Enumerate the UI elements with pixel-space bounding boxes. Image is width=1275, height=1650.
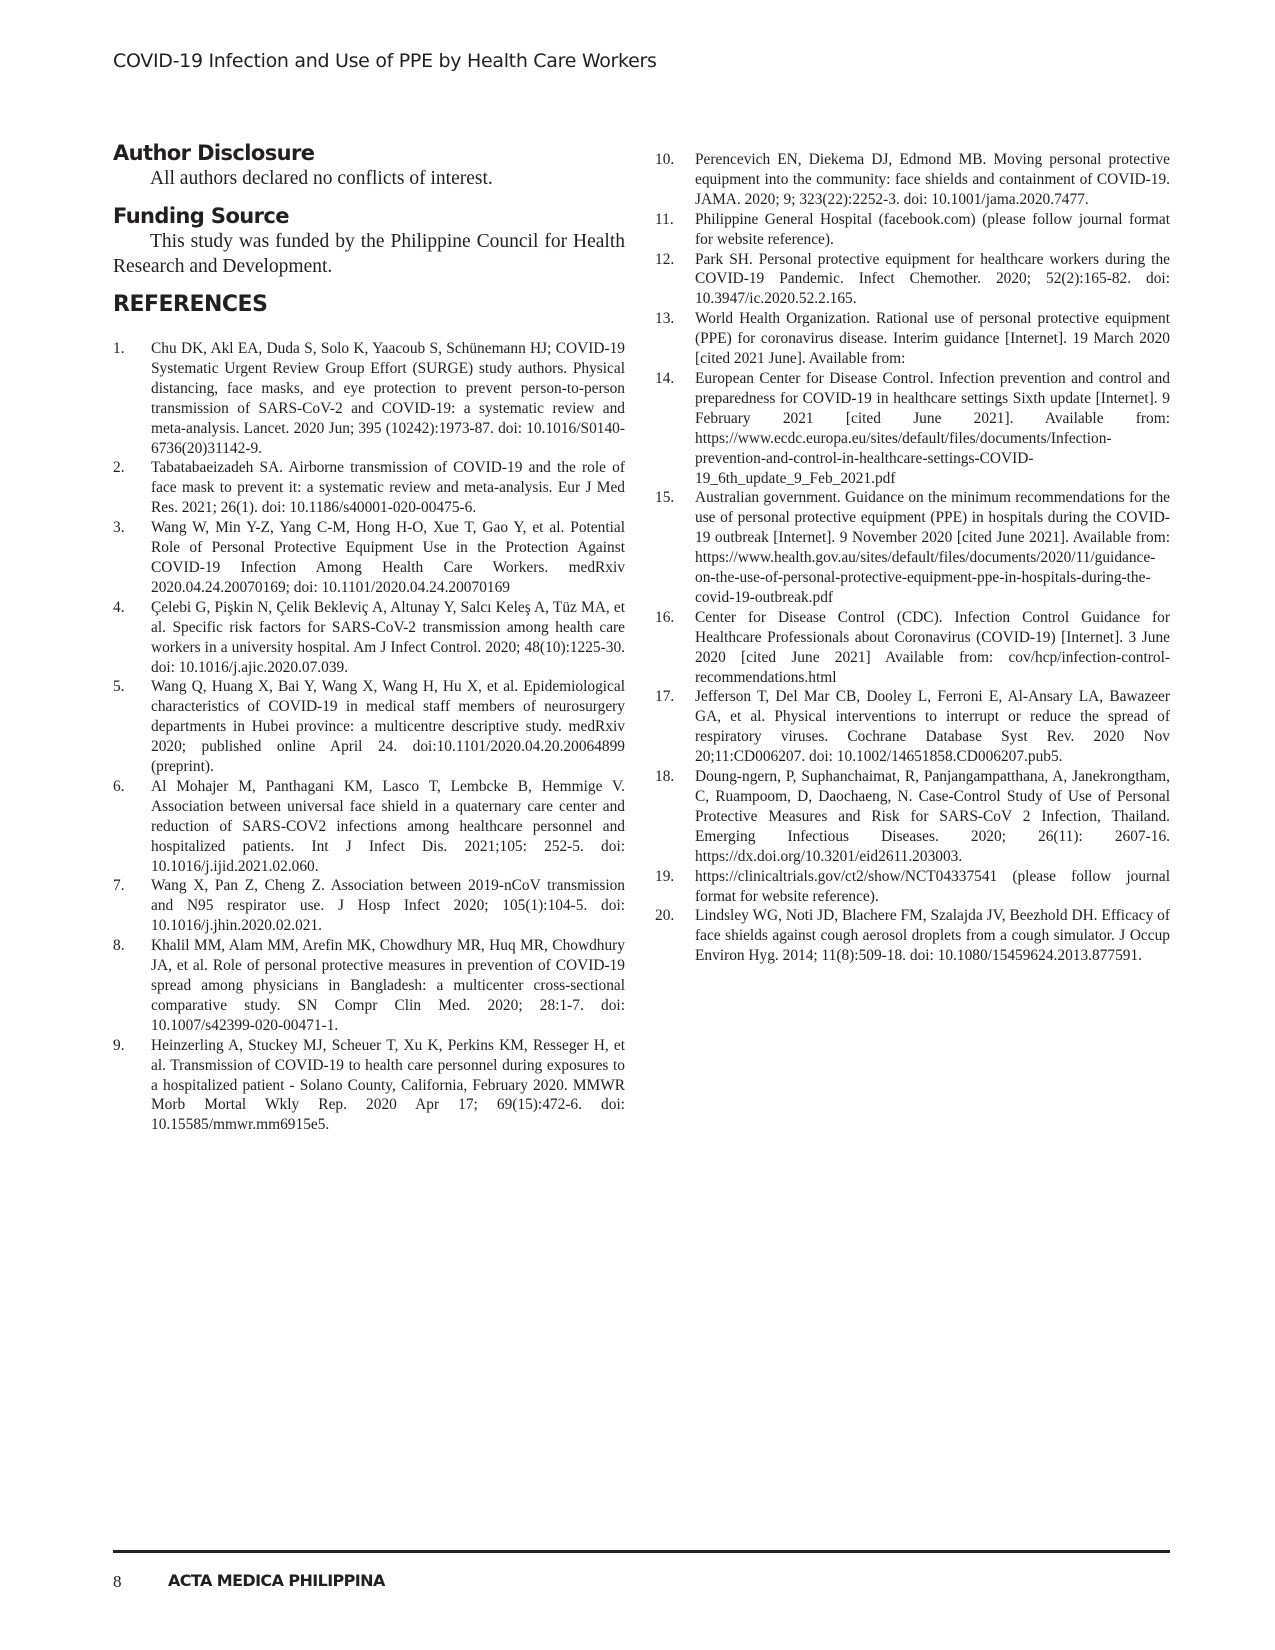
reference-number: 9. — [113, 1036, 125, 1056]
reference-text: Australian government. Guidance on the m… — [695, 489, 1170, 606]
right-column: 10.Perencevich EN, Diekema DJ, Edmond MB… — [655, 150, 1170, 966]
reference-list-left: 1.Chu DK, Akl EA, Duda S, Solo K, Yaacou… — [113, 339, 625, 1135]
reference-number: 19. — [655, 867, 674, 887]
reference-number: 20. — [655, 906, 674, 926]
reference-number: 4. — [113, 598, 125, 618]
reference-item: 1.Chu DK, Akl EA, Duda S, Solo K, Yaacou… — [113, 339, 625, 458]
running-title: COVID-19 Infection and Use of PPE by Hea… — [113, 50, 657, 72]
reference-number: 13. — [655, 309, 674, 329]
reference-number: 3. — [113, 518, 125, 538]
reference-number: 18. — [655, 767, 674, 787]
reference-item: 5.Wang Q, Huang X, Bai Y, Wang X, Wang H… — [113, 677, 625, 777]
reference-text: Chu DK, Akl EA, Duda S, Solo K, Yaacoub … — [151, 340, 625, 457]
reference-text: Heinzerling A, Stuckey MJ, Scheuer T, Xu… — [151, 1037, 625, 1134]
page-number: 8 — [113, 1572, 122, 1592]
footer-divider — [113, 1550, 1170, 1553]
reference-item: 11.Philippine General Hospital (facebook… — [655, 210, 1170, 250]
reference-number: 5. — [113, 677, 125, 697]
reference-text: https://clinicaltrials.gov/ct2/show/NCT0… — [695, 868, 1170, 905]
reference-number: 1. — [113, 339, 125, 359]
reference-text: Tabatabaeizadeh SA. Airborne transmissio… — [151, 459, 625, 516]
reference-item: 4.Çelebi G, Pişkin N, Çelik Bekleviç A, … — [113, 598, 625, 678]
reference-text: Jefferson T, Del Mar CB, Dooley L, Ferro… — [695, 688, 1170, 765]
reference-text: Wang W, Min Y-Z, Yang C-M, Hong H-O, Xue… — [151, 519, 625, 596]
reference-number: 7. — [113, 876, 125, 896]
reference-number: 8. — [113, 936, 125, 956]
reference-number: 16. — [655, 608, 674, 628]
reference-item: 17.Jefferson T, Del Mar CB, Dooley L, Fe… — [655, 687, 1170, 767]
reference-item: 13.World Health Organization. Rational u… — [655, 309, 1170, 369]
reference-number: 11. — [655, 210, 674, 230]
author-disclosure-text: All authors declared no conflicts of int… — [113, 166, 625, 191]
reference-item: 19.https://clinicaltrials.gov/ct2/show/N… — [655, 867, 1170, 907]
reference-number: 6. — [113, 777, 125, 797]
reference-item: 8.Khalil MM, Alam MM, Arefin MK, Chowdhu… — [113, 936, 625, 1036]
reference-item: 10.Perencevich EN, Diekema DJ, Edmond MB… — [655, 150, 1170, 210]
reference-number: 12. — [655, 250, 674, 270]
reference-text: Wang X, Pan Z, Cheng Z. Association betw… — [151, 877, 625, 934]
funding-source-heading: Funding Source — [113, 203, 625, 229]
reference-item: 3.Wang W, Min Y-Z, Yang C-M, Hong H-O, X… — [113, 518, 625, 598]
reference-text: Center for Disease Control (CDC). Infect… — [695, 609, 1170, 686]
reference-text: Lindsley WG, Noti JD, Blachere FM, Szala… — [695, 907, 1170, 964]
reference-item: 7.Wang X, Pan Z, Cheng Z. Association be… — [113, 876, 625, 936]
reference-item: 9.Heinzerling A, Stuckey MJ, Scheuer T, … — [113, 1036, 625, 1136]
reference-text: Doung-ngern, P, Suphanchaimat, R, Panjan… — [695, 768, 1170, 865]
reference-text: Al Mohajer M, Panthagani KM, Lasco T, Le… — [151, 778, 625, 875]
reference-text: World Health Organization. Rational use … — [695, 310, 1170, 367]
journal-name: ACTA MEDICA PHILIPPINA — [168, 1571, 385, 1590]
reference-number: 2. — [113, 458, 125, 478]
reference-text: Park SH. Personal protective equipment f… — [695, 251, 1170, 308]
reference-text: Khalil MM, Alam MM, Arefin MK, Chowdhury… — [151, 937, 625, 1034]
reference-item: 18.Doung-ngern, P, Suphanchaimat, R, Pan… — [655, 767, 1170, 867]
reference-item: 6.Al Mohajer M, Panthagani KM, Lasco T, … — [113, 777, 625, 877]
reference-text: Philippine General Hospital (facebook.co… — [695, 211, 1170, 248]
author-disclosure-heading: Author Disclosure — [113, 140, 625, 166]
reference-item: 16.Center for Disease Control (CDC). Inf… — [655, 608, 1170, 688]
reference-item: 14.European Center for Disease Control. … — [655, 369, 1170, 488]
reference-number: 17. — [655, 687, 674, 707]
left-column: Author Disclosure All authors declared n… — [113, 140, 625, 1135]
reference-number: 15. — [655, 488, 674, 508]
reference-list-right: 10.Perencevich EN, Diekema DJ, Edmond MB… — [655, 150, 1170, 966]
funding-source-text: This study was funded by the Philippine … — [113, 229, 625, 279]
reference-text: Wang Q, Huang X, Bai Y, Wang X, Wang H, … — [151, 678, 625, 775]
references-heading: REFERENCES — [113, 291, 625, 319]
reference-item: 20.Lindsley WG, Noti JD, Blachere FM, Sz… — [655, 906, 1170, 966]
reference-item: 12.Park SH. Personal protective equipmen… — [655, 250, 1170, 310]
reference-number: 10. — [655, 150, 674, 170]
reference-number: 14. — [655, 369, 674, 389]
reference-item: 15.Australian government. Guidance on th… — [655, 488, 1170, 607]
reference-item: 2.Tabatabaeizadeh SA. Airborne transmiss… — [113, 458, 625, 518]
reference-text: Perencevich EN, Diekema DJ, Edmond MB. M… — [695, 151, 1170, 208]
reference-text: Çelebi G, Pişkin N, Çelik Bekleviç A, Al… — [151, 599, 625, 676]
reference-text: European Center for Disease Control. Inf… — [695, 370, 1170, 487]
